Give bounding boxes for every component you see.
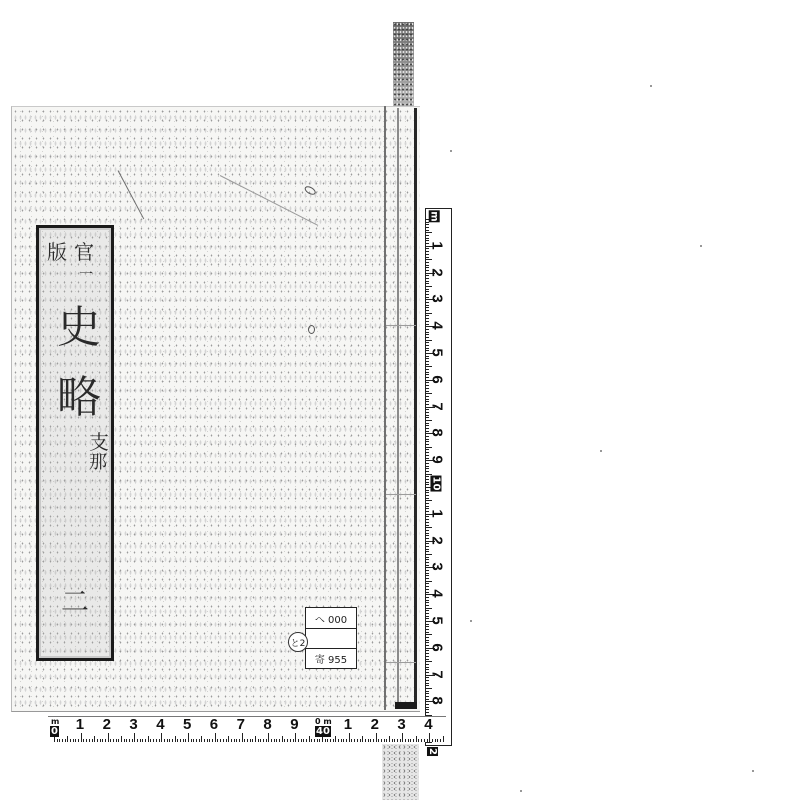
ruler-tick xyxy=(426,613,429,614)
ruler-tick xyxy=(129,739,130,742)
publisher-char-2: 官 xyxy=(74,242,94,262)
ruler-tick xyxy=(378,739,379,742)
ruler-tick xyxy=(426,683,429,684)
title-char-2: 略 xyxy=(57,376,101,420)
spine-strip-top xyxy=(393,22,414,108)
ruler-tick xyxy=(400,739,401,742)
ruler-tick xyxy=(426,315,429,316)
ruler-label: 5 xyxy=(429,616,446,624)
ruler-tick xyxy=(255,736,256,742)
ruler-tick xyxy=(343,739,344,742)
ruler-mid-marker: 40 xyxy=(315,726,331,737)
ruler-tick xyxy=(426,259,432,260)
ruler-tick xyxy=(426,530,429,531)
ruler-tick xyxy=(426,313,432,314)
ruler-tick xyxy=(83,739,84,742)
ruler-tick xyxy=(137,739,138,742)
ruler-tick xyxy=(73,739,74,742)
ruler-tick xyxy=(319,739,320,742)
ruler-tick xyxy=(196,739,197,742)
ruler-tick xyxy=(426,610,429,611)
ruler-tick xyxy=(242,733,243,742)
ruler-tick xyxy=(426,712,429,713)
ruler-tick xyxy=(201,736,202,742)
ruler-tick xyxy=(426,602,429,603)
ruler-tick xyxy=(333,739,334,742)
ruler-label: 5 xyxy=(183,716,191,733)
ruler-tick xyxy=(207,739,208,742)
ruler-label: 6 xyxy=(429,375,446,383)
ruler-tick xyxy=(426,707,429,708)
ruler-tick xyxy=(410,739,411,742)
ruler-tick xyxy=(426,605,429,606)
ruler-tick xyxy=(268,733,269,742)
ruler-tick xyxy=(351,739,352,742)
ruler-tick xyxy=(426,281,429,282)
ruler-tick xyxy=(426,278,429,279)
ruler-tick xyxy=(426,693,429,694)
title-char-1: 史 xyxy=(57,306,101,350)
ruler-tick xyxy=(159,739,160,742)
ruler-label: 4 xyxy=(424,716,432,733)
ruler-tick xyxy=(394,739,395,742)
ruler-tick xyxy=(426,709,429,710)
ruler-tick xyxy=(426,637,429,638)
ruler-tick xyxy=(236,739,237,742)
binding-thread xyxy=(397,108,399,708)
ruler-tick xyxy=(426,583,429,584)
ruler-tick xyxy=(357,739,358,742)
ruler-tick xyxy=(386,739,387,742)
ruler-label: 2 xyxy=(427,747,438,756)
ruler-tick xyxy=(397,739,398,742)
ruler-tick xyxy=(314,739,315,742)
ruler-tick xyxy=(287,739,288,742)
ruler-tick xyxy=(426,385,429,386)
ruler-tick xyxy=(426,482,429,483)
ruler-tick xyxy=(209,739,210,742)
ruler-tick xyxy=(426,586,429,587)
ruler-tick xyxy=(234,739,235,742)
ruler-tick xyxy=(226,739,227,742)
ruler-tick xyxy=(271,739,272,742)
ruler-tick xyxy=(97,739,98,742)
ruler-tick xyxy=(426,372,429,373)
ruler-tick xyxy=(349,733,350,742)
ruler-tick xyxy=(432,739,433,742)
ruler-tick xyxy=(293,739,294,742)
ruler-tick xyxy=(132,739,133,742)
ruler-tick xyxy=(392,739,393,742)
ruler-tick xyxy=(341,739,342,742)
ruler-tick xyxy=(118,739,119,742)
volume-number: 二 xyxy=(61,588,89,616)
ruler-tick xyxy=(426,254,429,255)
binding-edge xyxy=(414,108,417,708)
ruler-tick xyxy=(408,739,409,742)
ruler-tick xyxy=(199,739,200,742)
ruler-tick xyxy=(309,736,310,742)
binding-stitch xyxy=(386,494,416,495)
ruler-label: 4 xyxy=(429,590,446,598)
ruler-tick xyxy=(108,733,109,742)
speck xyxy=(520,790,522,792)
ruler-label: 9 xyxy=(429,456,446,464)
ruler-tick xyxy=(426,452,429,453)
ruler-tick xyxy=(426,468,429,469)
ruler-tick xyxy=(121,736,122,742)
speck xyxy=(752,770,754,772)
ruler-tick xyxy=(426,399,429,400)
ruler-tick xyxy=(75,739,76,742)
ruler-tick xyxy=(389,736,390,742)
ruler-tick xyxy=(365,739,366,742)
ruler-tick xyxy=(426,305,429,306)
ruler-tick xyxy=(134,733,135,742)
ruler-tick xyxy=(426,653,429,654)
ruler-tick xyxy=(346,739,347,742)
ruler-tick xyxy=(81,733,82,742)
ruler-tick xyxy=(426,490,429,491)
ruler-tick xyxy=(426,283,429,284)
ruler-label: 4 xyxy=(429,322,446,330)
ruler-tick xyxy=(426,680,429,681)
ruler-tick xyxy=(105,739,106,742)
ruler-tick xyxy=(360,739,361,742)
book-cover: 版 官 一 史 略 支 那 二 xyxy=(11,106,420,712)
ruler-tick xyxy=(426,527,432,528)
ruler-tick xyxy=(426,500,432,501)
ruler-tick xyxy=(228,736,229,742)
ruler-tick xyxy=(426,691,429,692)
ruler-tick xyxy=(426,498,429,499)
library-stamp: と2 xyxy=(288,632,308,652)
ruler-label: 9 xyxy=(290,716,298,733)
ruler-tick xyxy=(193,739,194,742)
ruler-tick xyxy=(62,739,63,742)
library-label-row-2 xyxy=(306,628,356,649)
ruler-tick xyxy=(426,425,429,426)
ruler-tick xyxy=(426,361,429,362)
ruler-tick xyxy=(217,739,218,742)
ruler-tick xyxy=(113,739,114,742)
ruler-unit: m xyxy=(51,717,59,726)
binding-stitch xyxy=(386,662,416,663)
ruler-label: 3 xyxy=(429,295,446,303)
ruler-tick xyxy=(426,525,429,526)
ruler-label: 10 xyxy=(430,476,441,492)
ruler-tick xyxy=(426,573,429,574)
ruler-tick xyxy=(116,739,117,742)
ruler-tick xyxy=(426,345,429,346)
ruler-tick xyxy=(426,664,429,665)
ruler-tick xyxy=(263,739,264,742)
ruler-tick xyxy=(223,739,224,742)
ruler-tick xyxy=(426,286,432,287)
ruler-tick xyxy=(140,739,141,742)
ruler-tick xyxy=(94,736,95,742)
ruler-tick xyxy=(298,739,299,742)
ruler-tick xyxy=(418,739,419,742)
ruler-tick xyxy=(70,739,71,742)
ruler-label: 8 xyxy=(263,716,271,733)
ruler-tick xyxy=(426,629,429,630)
ruler-tick xyxy=(426,578,429,579)
ruler-tick xyxy=(335,736,336,742)
ruler-tick xyxy=(260,739,261,742)
ruler-tick xyxy=(274,739,275,742)
ruler-tick xyxy=(426,439,429,440)
ruler-tick xyxy=(156,739,157,742)
speck xyxy=(650,85,652,87)
series-mark: 一 xyxy=(79,268,93,282)
ruler-tick xyxy=(426,441,429,442)
ruler-tick xyxy=(301,739,302,742)
ruler-tick xyxy=(78,739,79,742)
ruler-tick xyxy=(426,396,429,397)
ruler-label: 4 xyxy=(156,716,164,733)
ruler-tick xyxy=(239,739,240,742)
ruler-tick xyxy=(231,739,232,742)
ruler-tick xyxy=(86,739,87,742)
ruler-tick xyxy=(89,739,90,742)
speck xyxy=(450,150,452,152)
ruler-tick xyxy=(426,447,432,448)
ruler-tick xyxy=(148,736,149,742)
ruler-tick xyxy=(426,659,429,660)
ruler-tick xyxy=(426,656,429,657)
ruler-tick xyxy=(295,733,296,742)
ruler-tick xyxy=(426,476,429,477)
ruler-label: 3 xyxy=(129,716,137,733)
ruler-tick xyxy=(426,415,429,416)
ruler-tick xyxy=(413,739,414,742)
ruler-tick xyxy=(426,632,429,633)
ruler-tick xyxy=(426,444,429,445)
ruler-tick xyxy=(65,739,66,742)
ruler-tick xyxy=(426,559,429,560)
ruler-label: 5 xyxy=(429,348,446,356)
ruler-tick xyxy=(426,369,429,370)
ruler-tick xyxy=(426,342,429,343)
ruler-tick xyxy=(426,289,429,290)
ruler-tick xyxy=(426,519,429,520)
ruler-tick xyxy=(426,291,429,292)
ruler-tick xyxy=(142,739,143,742)
ruler-tick xyxy=(443,736,444,742)
ruler-label: 1 xyxy=(76,716,84,733)
ruler-tick xyxy=(426,533,429,534)
scratch-mark xyxy=(308,325,315,334)
ruler-label: 8 xyxy=(429,697,446,705)
ruler-tick xyxy=(303,739,304,742)
ruler-tick xyxy=(426,546,429,547)
ruler-tick xyxy=(215,733,216,742)
ruler-tick xyxy=(175,736,176,742)
ruler-tick xyxy=(426,235,429,236)
ruler-tick xyxy=(327,739,328,742)
binding-stitch xyxy=(386,325,416,326)
ruler-tick xyxy=(426,262,429,263)
ruler-tick xyxy=(426,251,429,252)
ruler-tick xyxy=(426,667,429,668)
ruler-tick xyxy=(252,739,253,742)
ruler-tick xyxy=(282,736,283,742)
ruler-tick xyxy=(426,449,429,450)
ruler-tick xyxy=(188,733,189,742)
ruler-tick xyxy=(180,739,181,742)
ruler-tick xyxy=(145,739,146,742)
ruler-tick xyxy=(126,739,127,742)
ruler-tick xyxy=(191,739,192,742)
ruler-label: 2 xyxy=(429,536,446,544)
ruler-tick xyxy=(426,685,429,686)
ruler-label: 8 xyxy=(429,429,446,437)
ruler-tick xyxy=(177,739,178,742)
ruler-tick xyxy=(172,739,173,742)
ruler-tick xyxy=(426,332,429,333)
ruler-label: 7 xyxy=(237,716,245,733)
ruler-tick xyxy=(92,739,93,742)
ruler-tick xyxy=(426,412,429,413)
ruler-tick xyxy=(306,739,307,742)
ruler-tick xyxy=(284,739,285,742)
library-label-row-3: 寄 955 xyxy=(306,648,356,668)
ruler-tick xyxy=(164,739,165,742)
ruler-tick xyxy=(426,474,432,475)
ruler-tick xyxy=(110,739,111,742)
ruler-tick xyxy=(325,739,326,742)
ruler-tick xyxy=(435,739,436,742)
ruler-tick xyxy=(426,600,429,601)
ruler-tick xyxy=(57,739,58,742)
ruler-tick xyxy=(426,340,432,341)
ruler-tick xyxy=(247,739,248,742)
ruler-tick xyxy=(426,337,429,338)
ruler-tick xyxy=(426,506,429,507)
ruler-tick xyxy=(426,334,429,335)
ruler-tick xyxy=(67,736,68,742)
ruler-tick xyxy=(266,739,267,742)
ruler-tick xyxy=(426,318,429,319)
ruler-tick xyxy=(426,358,429,359)
ruler-label: 6 xyxy=(210,716,218,733)
ruler-tick xyxy=(426,688,432,689)
library-label-row-1: へ 000 xyxy=(306,608,356,629)
ruler-tick xyxy=(421,739,422,742)
ruler-tick xyxy=(440,739,441,742)
ruler-tick xyxy=(153,739,154,742)
ruler-tick xyxy=(426,479,429,480)
library-label: へ 000 寄 955 xyxy=(305,607,357,669)
ruler-tick xyxy=(161,733,162,742)
ruler-tick xyxy=(376,733,377,742)
ruler-tick xyxy=(426,503,429,504)
ruler-tick xyxy=(426,420,432,421)
ruler-tick xyxy=(405,739,406,742)
ruler-label: 1 xyxy=(429,509,446,517)
ruler-tick xyxy=(169,739,170,742)
ruler-label: 7 xyxy=(429,670,446,678)
horizontal-ruler: 0m1234567891234400 m xyxy=(48,716,446,742)
speck xyxy=(700,245,702,247)
ruler-tick xyxy=(424,739,425,742)
ruler-tick xyxy=(220,739,221,742)
ruler-label: 2 xyxy=(429,268,446,276)
ruler-tick xyxy=(338,739,339,742)
ruler-tick xyxy=(370,739,371,742)
ruler-tick xyxy=(204,739,205,742)
ruler-tick xyxy=(279,739,280,742)
ruler-tick xyxy=(426,634,432,635)
ruler-tick xyxy=(381,739,382,742)
ruler-tick xyxy=(167,739,168,742)
ruler-tick xyxy=(426,554,432,555)
ruler-tick xyxy=(276,739,277,742)
ruler-tick xyxy=(426,484,429,485)
ruler-tick xyxy=(426,307,429,308)
ruler-tick xyxy=(426,522,429,523)
ruler-tick xyxy=(426,549,429,550)
ruler-tick xyxy=(416,736,417,742)
publisher-char-1: 版 xyxy=(47,242,67,262)
ruler-tick xyxy=(426,466,429,467)
ruler-tick xyxy=(426,581,432,582)
ruler-tick xyxy=(373,739,374,742)
ruler-tick xyxy=(100,739,101,742)
ruler-tick xyxy=(212,739,213,742)
ruler-tick xyxy=(426,227,429,228)
ruler-tick xyxy=(185,739,186,742)
ruler-tick xyxy=(317,739,318,742)
ruler-tick xyxy=(426,364,429,365)
ruler-tick xyxy=(426,661,432,662)
ruler-tick xyxy=(426,471,429,472)
ruler-tick xyxy=(290,739,291,742)
ruler-unit: m xyxy=(429,210,440,222)
ruler-tick xyxy=(244,739,245,742)
ruler-tick xyxy=(426,423,429,424)
ruler-tick xyxy=(250,739,251,742)
ruler-label: 3 xyxy=(429,563,446,571)
ruler-tick xyxy=(426,366,432,367)
ruler-tick xyxy=(426,257,429,258)
ruler-label: 2 xyxy=(103,716,111,733)
ruler-tick xyxy=(354,739,355,742)
ruler-label: 1 xyxy=(429,241,446,249)
ruler-tick xyxy=(258,739,259,742)
ruler-label: 6 xyxy=(429,643,446,651)
ruler-tick xyxy=(330,739,331,742)
ruler-tick xyxy=(426,640,429,641)
ruler-tick xyxy=(426,417,429,418)
ruler-tick xyxy=(426,575,429,576)
ruler-tick xyxy=(59,739,60,742)
ruler-tick xyxy=(183,739,184,742)
ruler-tick xyxy=(426,391,429,392)
ruler-mid-unit: 0 m xyxy=(315,717,332,726)
ruler-tick xyxy=(102,739,103,742)
ruler-tick xyxy=(426,265,429,266)
ruler-tick xyxy=(368,739,369,742)
ruler-tick xyxy=(427,739,428,742)
ruler-tick xyxy=(426,608,432,609)
ruler-tick xyxy=(426,492,429,493)
ruler-tick xyxy=(426,230,429,231)
ruler-tick xyxy=(426,495,429,496)
ruler-tick xyxy=(362,736,363,742)
subtitle-char-2: 那 xyxy=(89,454,107,472)
